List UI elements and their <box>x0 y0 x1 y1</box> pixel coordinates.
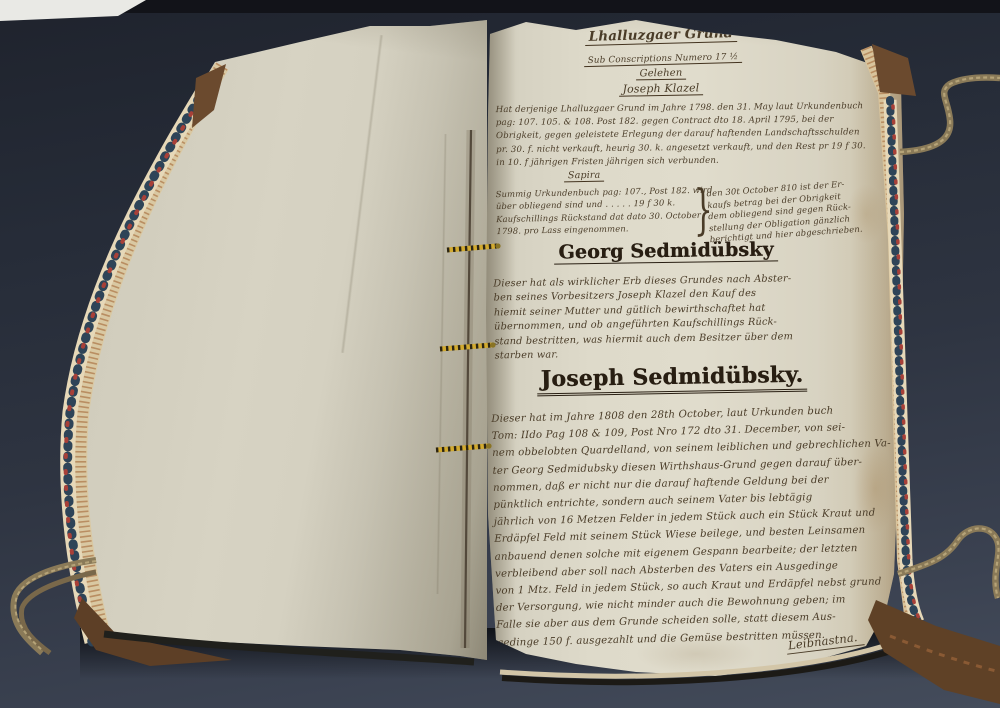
twine-tie-top-right <box>900 78 1000 152</box>
heading-joseph-sedmidubsky: Joseph Sedmidübsky. <box>522 361 822 396</box>
page-crease <box>436 134 447 594</box>
left-page-blank <box>60 14 490 664</box>
background-top-band <box>0 0 1000 13</box>
heading-georg-sedmidubsky: Georg Sedmidübsky <box>546 238 786 264</box>
folio-number: fol. 27. <box>804 31 841 43</box>
conscription-number-line: Sub Conscriptions Numero 17 ½ <box>538 51 788 69</box>
twine-tie-bottom-right <box>898 528 999 598</box>
photo-canvas: fol. 27. Lhalluzgaer Grund Sub Conscript… <box>0 0 1000 708</box>
section-label: Gelehen <box>586 67 736 82</box>
entry-paragraph-georg: Dieser hat als wirklicher Erb dieses Gru… <box>493 271 890 364</box>
heading-georg-text: Georg Sedmidübsky <box>554 238 777 264</box>
sapira-heading: Sapira <box>564 170 605 183</box>
sapira-account-lines: Summig Urkundenbuch pag: 107., Post 182.… <box>496 184 697 238</box>
heading-joseph-text: Joseph Sedmidübsky. <box>536 362 807 397</box>
section-label-text: Gelehen <box>635 68 686 81</box>
page-crease <box>341 35 384 353</box>
entry-paragraph-1: Hat derjenige Lhalluzgaer Grund im Jahre… <box>496 100 897 170</box>
entry-paragraph-joseph: Dieser hat im Jahre 1808 den 28th Octobe… <box>491 401 899 652</box>
conscription-text: Sub Conscriptions Numero 17 ½ <box>584 52 743 67</box>
sapira-heading-text: Sapira <box>564 170 605 183</box>
page-title: Lhalluzgaer Grund <box>526 23 796 47</box>
right-page-manuscript: fol. 27. Lhalluzgaer Grund Sub Conscript… <box>486 14 910 682</box>
page-title-text: Lhalluzgaer Grund <box>584 25 737 46</box>
first-owner-heading: Joseph Klazel <box>556 80 766 98</box>
first-owner-name: Joseph Klazel <box>618 81 703 96</box>
